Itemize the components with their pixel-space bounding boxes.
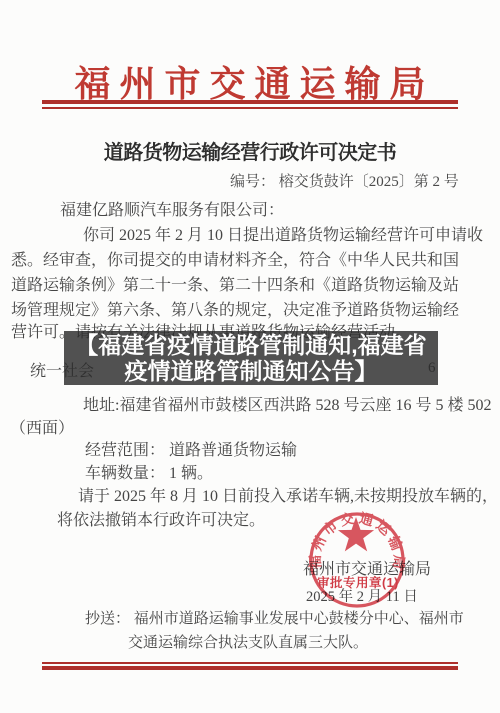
body-line-p4: 场管理规定》第六条、第八条的规定，决定准予道路货物运输经 bbox=[11, 297, 459, 320]
cc-line-2: 交通运输综合执法支队直属三大队。 bbox=[128, 631, 368, 652]
address-line-2: （西面） bbox=[10, 415, 74, 438]
footer-rule-thin bbox=[42, 662, 458, 664]
deadline-line-1: 请于 2025 年 8 月 10 日前投入承诺车辆,未按期投放车辆的， bbox=[78, 483, 498, 506]
scanned-document-page: 福州市交通运输局 道路货物运输经营行政许可决定书 编号： 榕交货鼓许〔2025〕… bbox=[0, 0, 500, 713]
seal-inner-label: 审批专用章(1) bbox=[317, 573, 399, 591]
addressee-line: 福建亿路顺汽车服务有限公司： bbox=[60, 197, 284, 220]
body-line-p2: 悉。经审查，你司提交的申请材料齐全，符合《中华人民共和国 bbox=[11, 247, 459, 270]
vehicle-count-line: 车辆数量： 1 辆。 bbox=[85, 460, 213, 483]
body-line-p3: 道路运输条例》第二十一条、第二十四条和《道路货物运输及站 bbox=[11, 272, 459, 295]
business-scope-line: 经营范围： 道路普通货物运输 bbox=[85, 437, 297, 460]
official-seal: 福州市交通运输局 bbox=[299, 504, 415, 620]
footer-rule-thick bbox=[42, 666, 458, 670]
address-line-1: 地址:福建省福州市鼓楼区西洪路 528 号云座 16 号 5 楼 502 bbox=[83, 392, 491, 415]
overlay-caption-banner: 【福建省疫情道路管制通知,福建省疫情道路管制通知公告】 bbox=[64, 331, 438, 385]
body-line-p1: 你司 2025 年 2 月 10 日提出道路货物运输经营许可申请收 bbox=[83, 222, 483, 245]
doc-number: 编号： 榕交货鼓许〔2025〕第 2 号 bbox=[230, 170, 459, 191]
letterhead-rule-thin bbox=[42, 107, 458, 109]
doc-title: 道路货物运输经营行政许可决定书 bbox=[0, 136, 500, 165]
official-seal-graphic: 福州市交通运输局 bbox=[299, 504, 415, 620]
deadline-line-2: 将依法撤销本行政许可决定。 bbox=[57, 507, 265, 530]
letterhead-rule-thick bbox=[42, 100, 458, 104]
